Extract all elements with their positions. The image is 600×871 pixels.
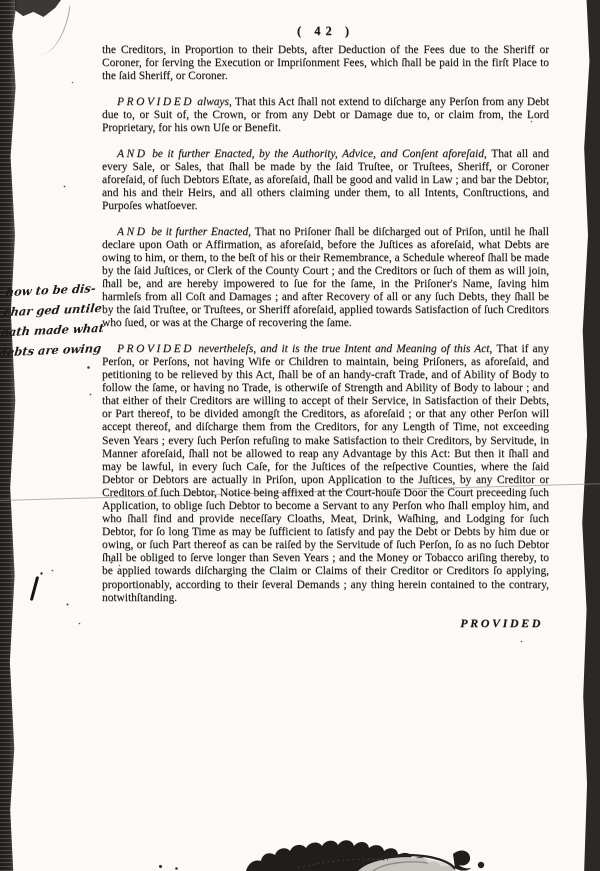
paragraph-enacted-sales: AND be it further Enacted, by the Author… (102, 148, 549, 213)
page-edge-right (576, 0, 600, 871)
binding-edge-left (0, 0, 17, 871)
paragraph-body: the Creditors, in Proportion to their De… (102, 44, 549, 82)
document-page: ( 42 ) the Creditors, in Proportion to t… (0, 0, 600, 871)
paragraph-continuation: the Creditors, in Proportion to their De… (102, 44, 549, 83)
paper-crease-arc (37, 2, 71, 57)
paragraph-provided-always: PROVIDED always, That this Act ſhall not… (102, 96, 549, 135)
paper-specks (0, 0, 1, 1)
catchword: PROVIDED (102, 617, 549, 630)
page-number: ( 42 ) (102, 25, 549, 38)
paragraph-body: That no Priſoner ſhall be diſcharged out… (102, 226, 549, 330)
paragraph-body: That if any Perſon, or Perſons, not havi… (102, 343, 549, 604)
paragraph-provided-nevertheless: PROVIDED nevertheleſs, and it is the tru… (102, 343, 549, 605)
ink-stroke-mark (30, 576, 39, 601)
paragraph-enacted-prisoner: AND be it further Enacted, That no Priſo… (102, 226, 549, 331)
ornament-ink-blot (238, 824, 508, 871)
paragraph-lead: PROVIDED (117, 96, 194, 108)
paragraph-lead: AND (117, 226, 148, 238)
marginalia-line: debts are owing (0, 338, 98, 362)
handwritten-marginalia: how to be dis- char ged untile oath made… (0, 278, 105, 363)
paragraph-lead: AND (117, 148, 148, 160)
paragraph-lead: PROVIDED (117, 343, 194, 355)
page-content: ( 42 ) the Creditors, in Proportion to t… (102, 25, 549, 630)
